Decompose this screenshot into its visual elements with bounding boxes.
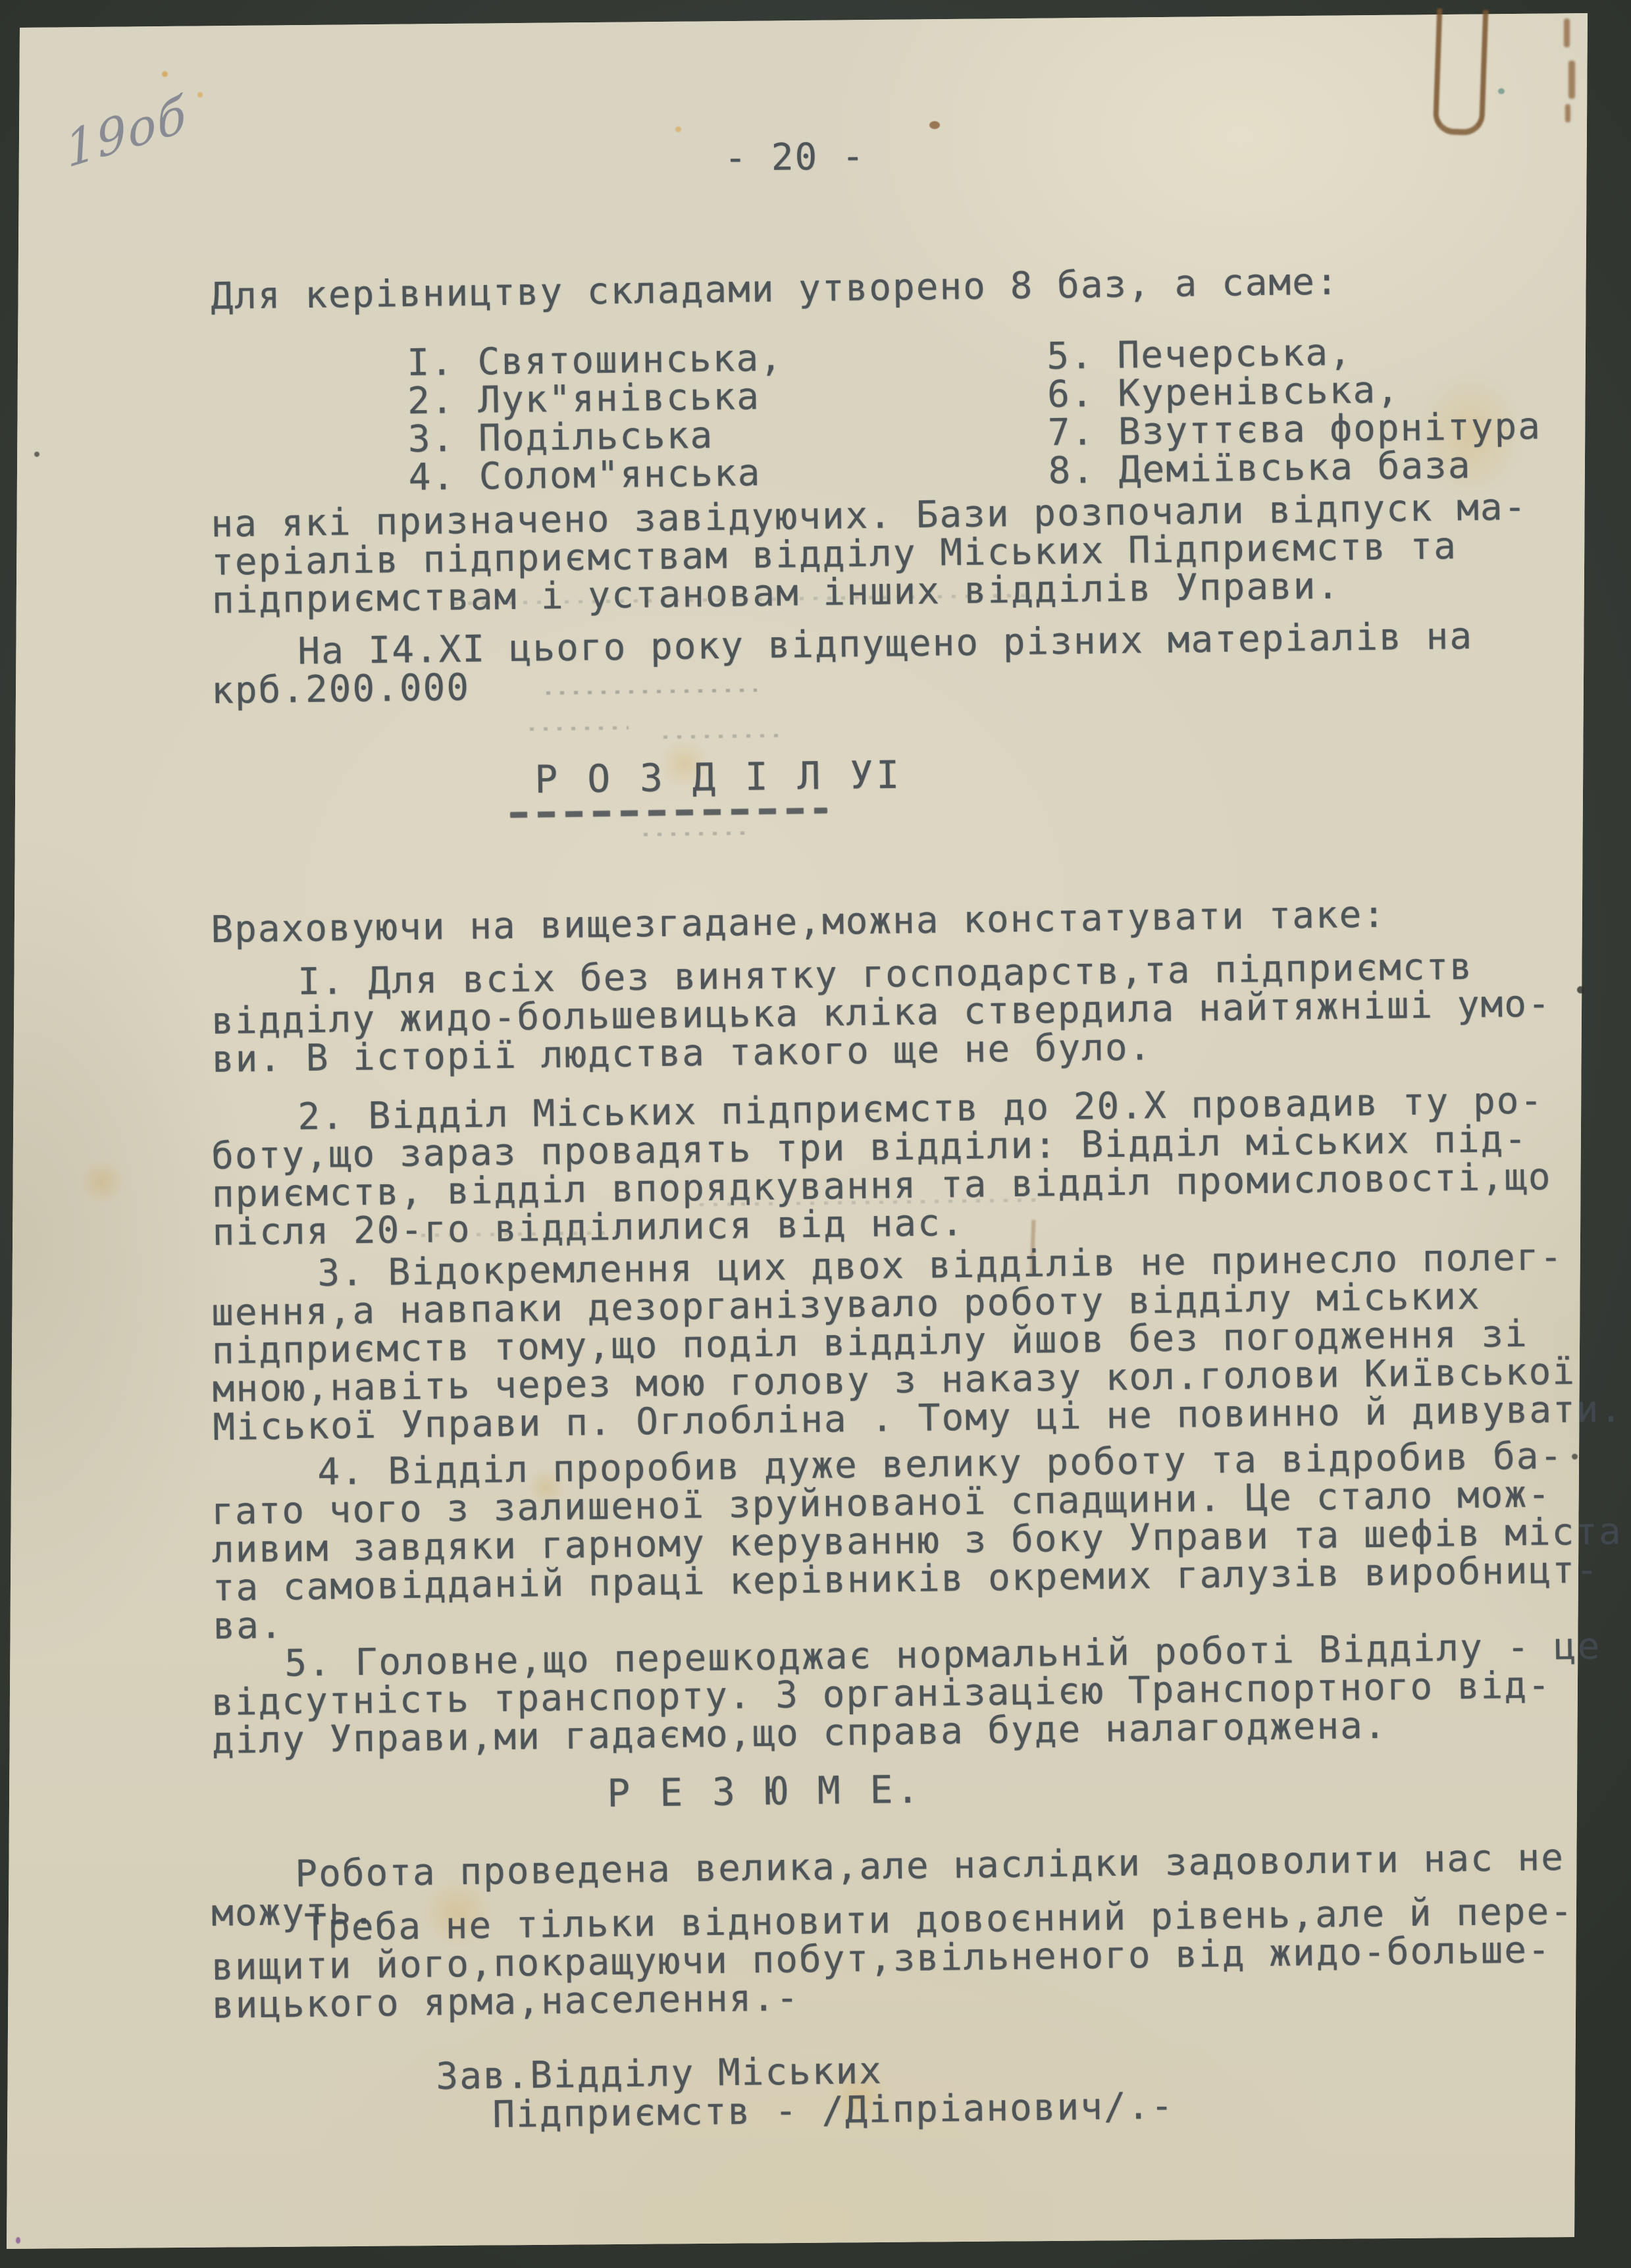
pencil-annotation: 19об	[63, 86, 190, 180]
conclusion-item-3: 3. Відокремлення цих двох відділів не пр…	[211, 1238, 1624, 1447]
paragraph-observation-intro: Враховуючи на вищезгадане,можна констату…	[211, 896, 1386, 949]
conclusion-item-5: 5. Головне,що перешкоджає нормальній роб…	[211, 1627, 1602, 1760]
bases-list-left: І. Святошинська,2. Лук"янівська3. Поділь…	[407, 340, 785, 497]
signature-name-line: Підприємств - /Діпріанович/.-	[492, 2087, 1174, 2134]
page-number: - 20 -	[724, 138, 866, 178]
resume-paragraph-2: Треба не тільки відновити довоєнний ріве…	[211, 1893, 1575, 2025]
section-heading-rule	[510, 808, 827, 818]
section-heading: Р О З Д І Л УІ	[534, 756, 903, 799]
dotted-row	[644, 831, 749, 836]
bases-list-right: 5. Печерська,6. Куренівська,7. Взуттєва …	[1047, 331, 1542, 490]
paragraph-bases-lead: Для керівництву складами утворено 8 баз,…	[211, 263, 1339, 316]
dotted-row	[663, 734, 779, 739]
paragraph-materials-issued: На І4.ХІ цього року відпущено різних мат…	[211, 618, 1474, 710]
scanned-page-stage: 19об - 20 - Для керівництву складами утв…	[0, 0, 1631, 2268]
typewritten-text-layer: 19об - 20 - Для керівництву складами утв…	[0, 0, 1631, 2268]
paragraph-bases-assignment: на які призначено завідуючих. Бази розпо…	[211, 488, 1528, 620]
resume-heading: Р Е З Ю М Е.	[607, 1770, 923, 1812]
conclusion-item-2: 2. Відділ Міських підприємств до 20.Х пр…	[211, 1082, 1553, 1252]
dotted-row	[530, 726, 629, 731]
conclusion-item-4: 4. Відділ проробив дуже велику роботу та…	[211, 1437, 1624, 1646]
conclusion-item-1: І. Для всіх без винятку господарств,та п…	[211, 947, 1552, 1079]
